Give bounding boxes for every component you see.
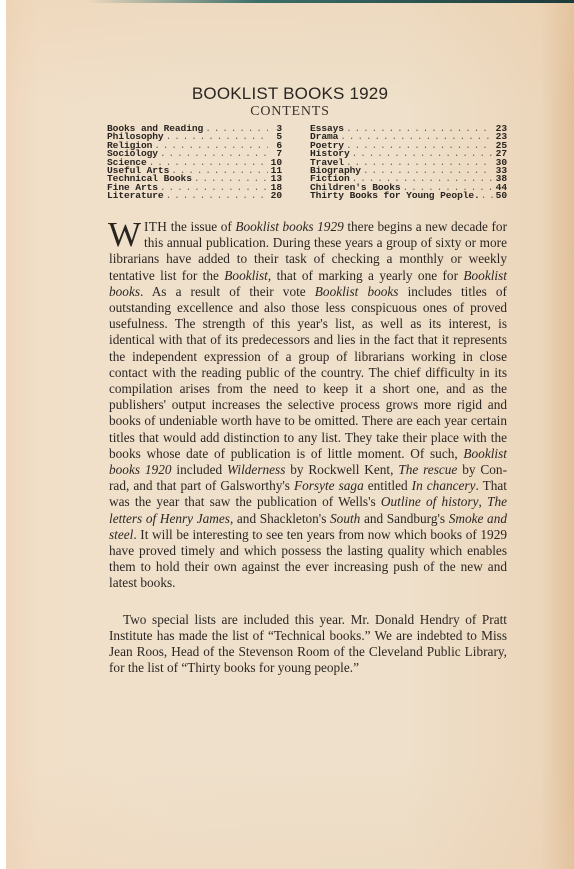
text-run: included	[172, 462, 228, 477]
leader-dots	[154, 142, 268, 150]
leader-dots	[346, 159, 493, 167]
leader-dots	[205, 125, 268, 133]
toc-entry-thirty-books: Thirty Books for Young People.50	[310, 192, 507, 200]
text-run: the issue of	[167, 219, 235, 234]
italic-title: Booklist	[224, 268, 268, 283]
italic-title: Booklist books 1929	[235, 219, 343, 234]
italic-title: Wilderness	[227, 462, 285, 477]
leader-dots	[346, 125, 493, 133]
toc-right-column: Essays23 Drama23 Poetry25 History27 Trav…	[310, 125, 507, 201]
toc-label: Literature	[107, 192, 164, 200]
leader-dots	[363, 167, 493, 175]
italic-title: Forsyte saga	[294, 478, 364, 493]
italic-title: In chancery	[412, 478, 476, 493]
page-title: BOOKLIST BOOKS 1929	[6, 84, 574, 104]
book-page: BOOKLIST BOOKS 1929 CONTENTS Books and R…	[6, 0, 574, 869]
toc-page-number: 20	[270, 192, 282, 200]
text-run: . As a result of their vote	[140, 284, 315, 299]
leader-dots	[166, 192, 268, 200]
leader-dots	[346, 142, 493, 150]
table-of-contents: Books and Reading3 Philosophy5 Religion6…	[107, 125, 507, 201]
toc-entry-literature: Literature20	[107, 192, 282, 200]
italic-title: Outline of history	[381, 494, 479, 509]
text-run: by Rockwell Kent,	[285, 462, 398, 477]
toc-page-number: 50	[495, 192, 507, 200]
leader-dots	[160, 184, 268, 192]
drop-cap: W	[108, 221, 141, 249]
leader-dots	[194, 175, 268, 183]
toc-left-column: Books and Reading3 Philosophy5 Religion6…	[107, 125, 282, 201]
text-run: and Sandburg's	[360, 511, 448, 526]
text-run: , that of marking a yearly one for	[268, 268, 464, 283]
text-run: entitled	[364, 478, 412, 493]
scan-edge-shadow	[86, 0, 574, 3]
text-run: includes titles of outstanding excellenc…	[109, 284, 507, 461]
leader-dots	[160, 150, 268, 158]
introduction-text: WITH the issue of Booklist books 1929 th…	[109, 219, 507, 676]
leader-dots	[166, 133, 268, 141]
intro-paragraph-2: Two special lists are included this year…	[109, 612, 507, 677]
toc-entry-essays: Essays23	[310, 125, 507, 133]
leader-dots	[340, 133, 493, 141]
text-run: . It will be interest­ing to see ten yea…	[109, 527, 507, 591]
contents-heading: CONTENTS	[6, 104, 574, 120]
leader-dots	[481, 192, 494, 200]
italic-title: Booklist books	[315, 284, 399, 299]
text-run: , and Shackle­ton's	[230, 511, 330, 526]
italic-title: South	[330, 511, 360, 526]
intro-paragraph-1: WITH the issue of Booklist books 1929 th…	[109, 219, 507, 592]
italic-title: The rescue	[398, 462, 457, 477]
text-run: ,	[479, 494, 488, 509]
toc-label: Thirty Books for Young People.	[310, 192, 480, 200]
text-run: ITH	[144, 219, 167, 234]
leader-dots	[352, 150, 493, 158]
